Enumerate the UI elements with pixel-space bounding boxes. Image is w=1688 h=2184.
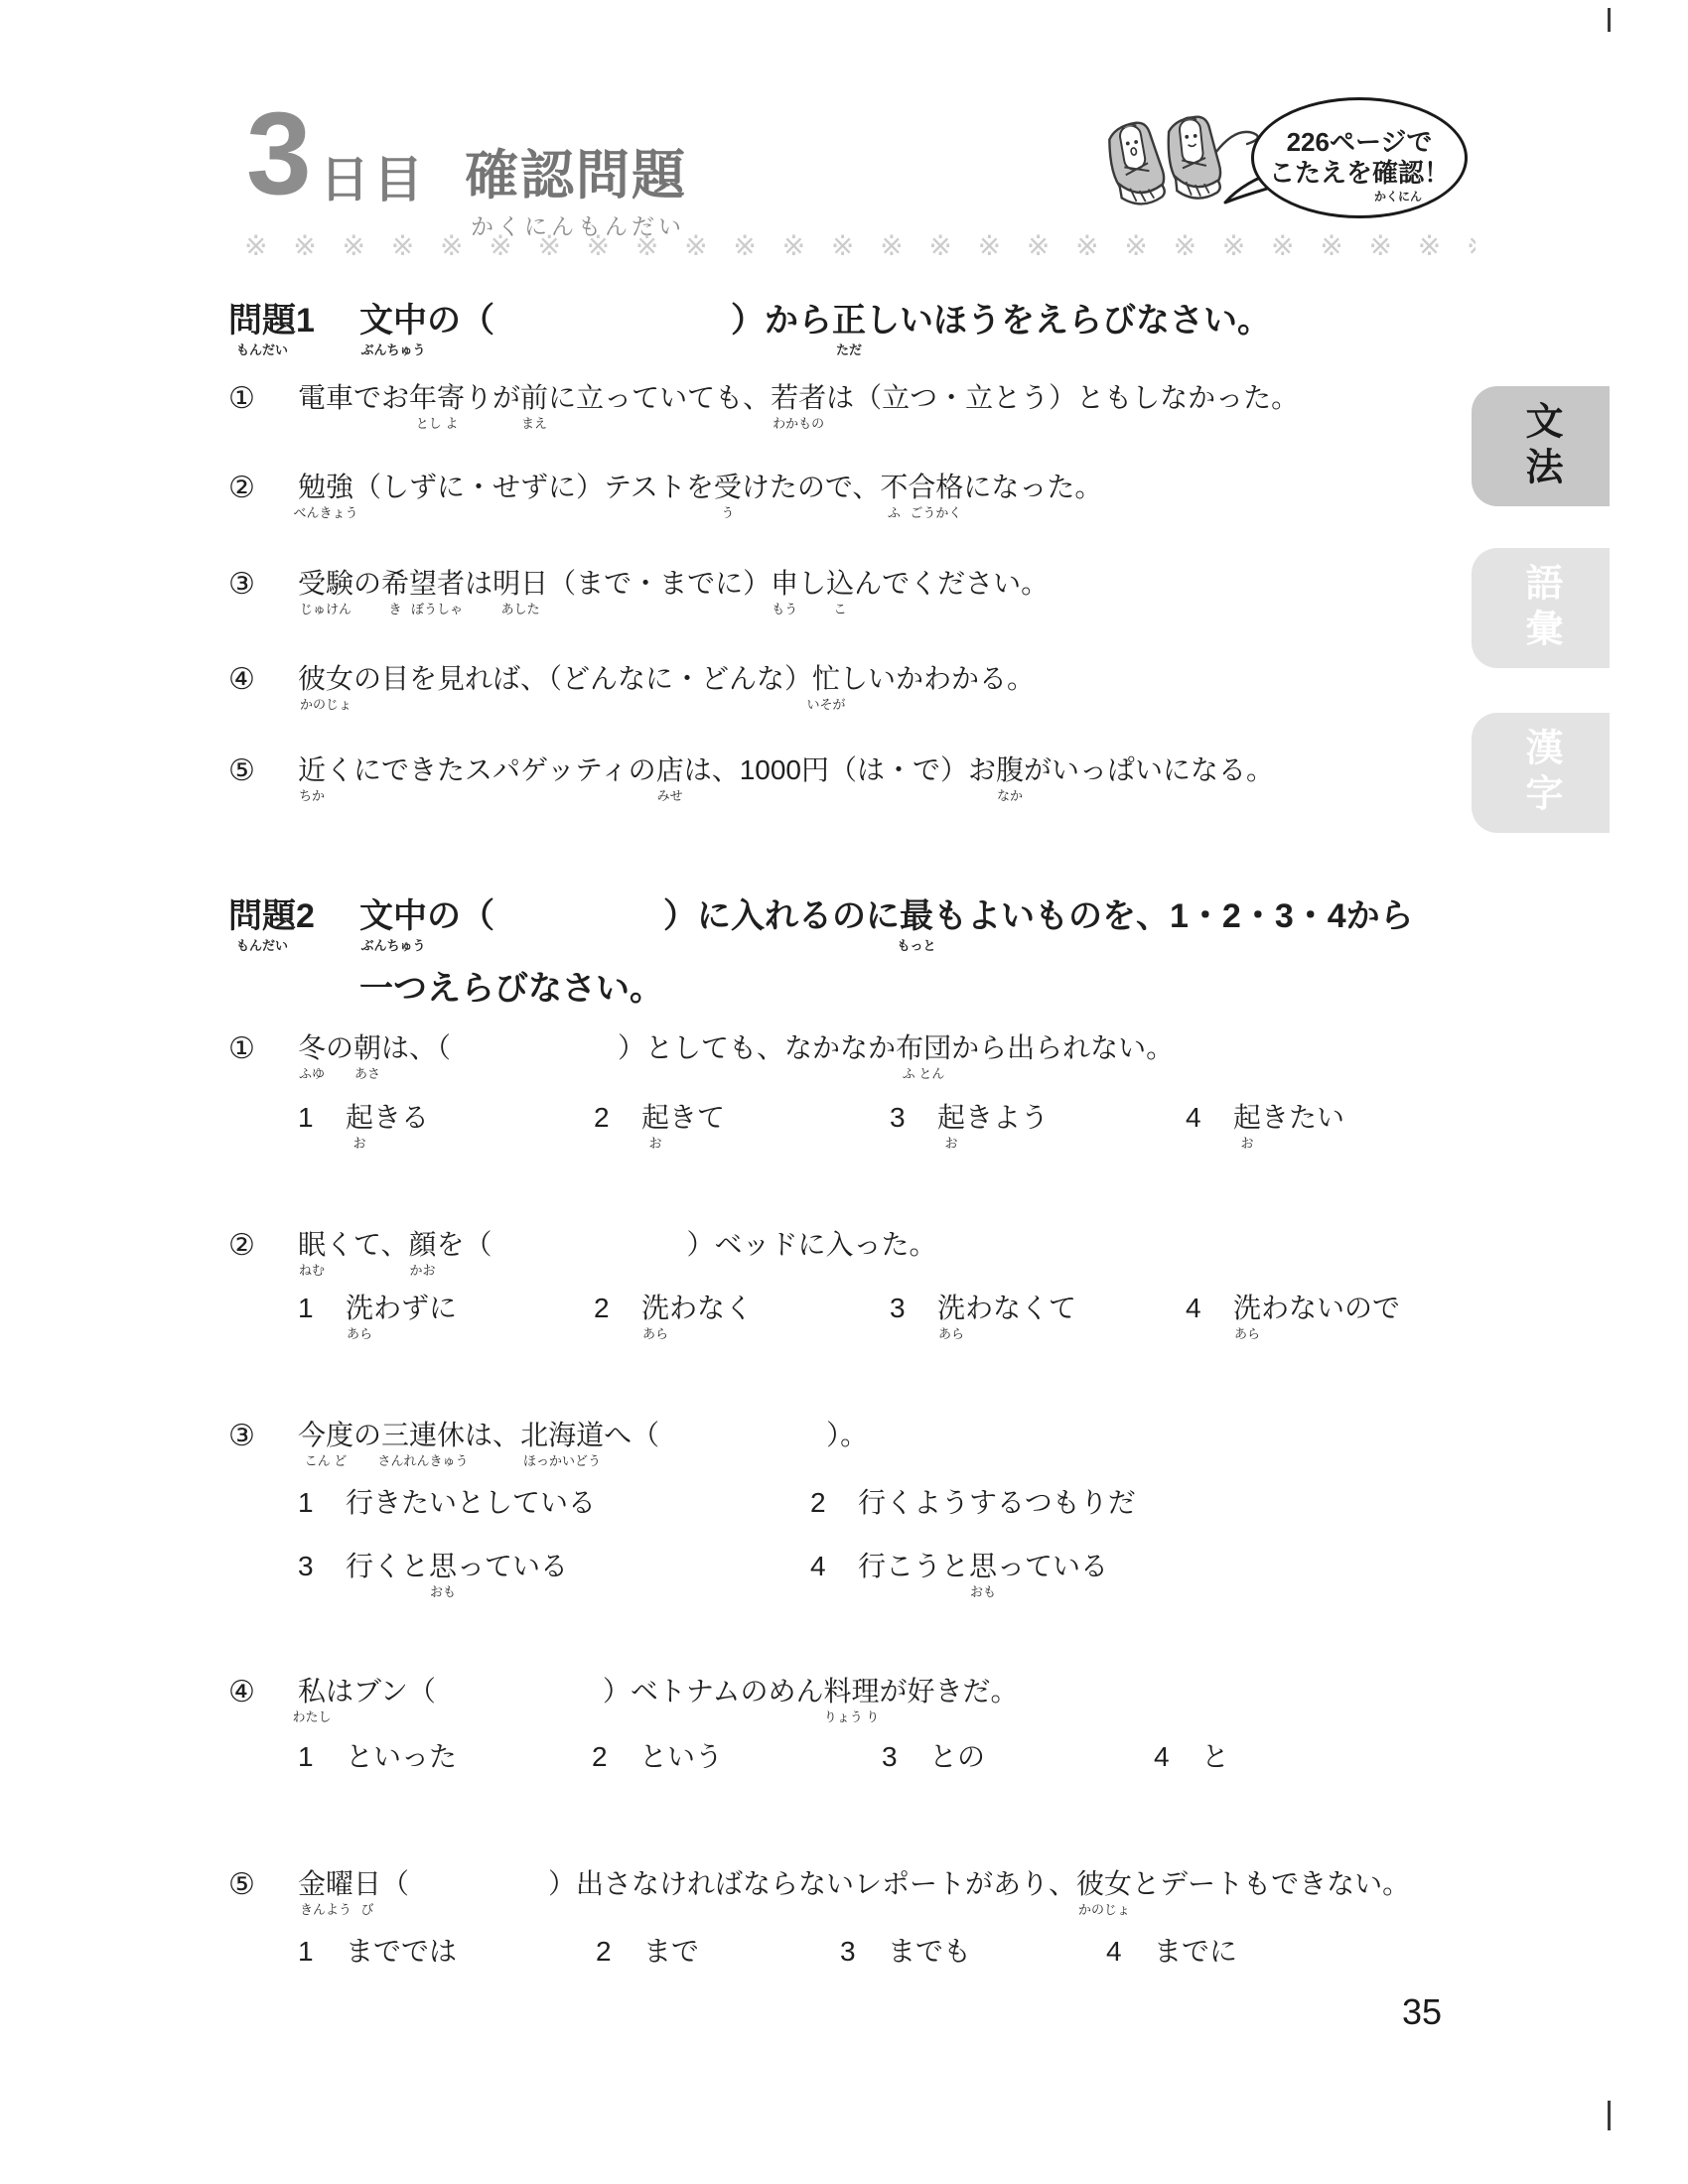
question-text: 眠ねむくて、顔かおを（ ）ベッドに入った。 xyxy=(298,1227,937,1265)
choice-number: 2 xyxy=(596,1934,643,1969)
choice-number: 4 xyxy=(1186,1100,1233,1135)
choices-row: 1洗あらわずに 2洗あらわなく 3洗あらわなくて 4洗あらわないので xyxy=(298,1291,1400,1325)
choice: 4洗あらわないので xyxy=(1186,1291,1400,1325)
choice: 3起おきよう xyxy=(890,1100,1186,1135)
choice-text: 行くようするつもりだ xyxy=(858,1487,1136,1518)
question-number: ② xyxy=(228,470,298,507)
choice-number: 4 xyxy=(1186,1291,1233,1325)
choice-number: 3 xyxy=(840,1934,888,1969)
question-text: 冬ふゆの朝あさは、（ ）としても、なかなか布団ふ とんから出られない。 xyxy=(298,1030,1174,1068)
problem1-heading: 問題もんだい1 文中ぶんちゅうの（ ）から正ただしいほうをえらびなさい。 xyxy=(228,301,1271,341)
choice-number: 2 xyxy=(594,1291,641,1325)
choice: 2洗あらわなく xyxy=(594,1291,890,1325)
question-number: ③ xyxy=(228,566,298,604)
choice-text: といった xyxy=(346,1741,457,1772)
choice-text: までも xyxy=(888,1936,971,1967)
question-text: 電車でお年寄とし よりが前まえに立っていても、若者わかものは（立つ・立とう）とも… xyxy=(298,380,1299,418)
choices-row: 3行くと思おもっている 4行こうと思おもっている xyxy=(298,1549,1108,1583)
choice-text: 起おきる xyxy=(346,1102,429,1133)
question-item: ⑤ 金曜きんよう日び（ ）出さなければならないレポートがあり、彼女かのじょとデー… xyxy=(228,1866,1410,1904)
question-number: ① xyxy=(228,380,298,418)
choice: 2まで xyxy=(596,1934,840,1969)
question-text: 近ちかくにできたスパゲッティの店みせは、1000円（は・で）お腹なかがいっぱいに… xyxy=(298,752,1274,790)
choice-number: 3 xyxy=(890,1291,937,1325)
problem2-label: 問題もんだい2 xyxy=(228,896,359,937)
choice: 1起おきる xyxy=(298,1100,594,1135)
problem1-heading-text: 文中ぶんちゅうの（ ）から正ただしいほうをえらびなさい。 xyxy=(359,301,1271,341)
sidebar-tab-kanji: 漢字 xyxy=(1472,713,1610,833)
choice-text: 起おきたい xyxy=(1233,1102,1344,1133)
choice-number: 2 xyxy=(810,1485,858,1520)
choices-row: 1まででは 2まで 3までも 4までに xyxy=(298,1934,1237,1969)
question-number: ③ xyxy=(228,1418,298,1455)
choice-text: 洗あらわなくて xyxy=(937,1293,1076,1323)
choice: 3との xyxy=(882,1739,1154,1774)
choice: 2行くようするつもりだ xyxy=(810,1485,1136,1520)
choice-text: まで xyxy=(643,1936,699,1967)
content-column: 問題もんだい1 文中ぶんちゅうの（ ）から正ただしいほうをえらびなさい。 ① 電… xyxy=(228,0,1420,2184)
choice: 2という xyxy=(592,1739,882,1774)
choice-text: 行きたいとしている xyxy=(346,1487,596,1518)
choice-number: 1 xyxy=(298,1934,346,1969)
choice-number: 3 xyxy=(298,1549,346,1583)
problem2-heading: 問題もんだい2 文中ぶんちゅうの（ ）に入れるのに最もっともよいものを、1・2・… xyxy=(228,896,1414,937)
choice-text: との xyxy=(929,1741,985,1772)
question-text: 私わたしはブン（ ）ベトナムのめん料理りょう りが好きだ。 xyxy=(298,1674,1019,1711)
choice: 2起おきて xyxy=(594,1100,890,1135)
question-item: ④ 私わたしはブン（ ）ベトナムのめん料理りょう りが好きだ。 xyxy=(228,1674,1019,1711)
choice-text: と xyxy=(1201,1741,1229,1772)
choice-text: 起おきよう xyxy=(937,1102,1049,1133)
choice: 4までに xyxy=(1106,1934,1237,1969)
question-number: ⑤ xyxy=(228,1866,298,1904)
question-text: 彼女かのじょの目を見れば、（どんなに・どんな）忙いそがしいかわかる。 xyxy=(298,661,1035,699)
question-text: 今度こん どの三連休さんれんきゅうは、北海道ほっかいどうへ（ ）。 xyxy=(298,1418,868,1455)
choice-number: 1 xyxy=(298,1739,346,1774)
question-text: 受験じゅけんの希き望者ぼうしゃは明日あした（まで・までに）申もうし込こんでくださ… xyxy=(298,566,1049,604)
question-number: ④ xyxy=(228,1674,298,1711)
choice: 4起おきたい xyxy=(1186,1100,1344,1135)
problem2-heading-text: 文中ぶんちゅうの（ ）に入れるのに最もっともよいものを、1・2・3・4から xyxy=(359,896,1414,937)
choice-text: 洗あらわずに xyxy=(346,1293,457,1323)
choice-text: 行くと思おもっている xyxy=(346,1551,568,1581)
question-item: ③ 受験じゅけんの希き望者ぼうしゃは明日あした（まで・までに）申もうし込こんでく… xyxy=(228,566,1049,604)
choice-text: まででは xyxy=(346,1936,457,1967)
choice: 3までも xyxy=(840,1934,1106,1969)
choice: 1洗あらわずに xyxy=(298,1291,594,1325)
choice-number: 3 xyxy=(882,1739,929,1774)
question-item: ② 眠ねむくて、顔かおを（ ）ベッドに入った。 xyxy=(228,1227,937,1265)
question-item: ④ 彼女かのじょの目を見れば、（どんなに・どんな）忙いそがしいかわかる。 xyxy=(228,661,1035,699)
choices-row: 1起おきる 2起おきて 3起おきよう 4起おきたい xyxy=(298,1100,1344,1135)
question-number: ① xyxy=(228,1030,298,1068)
print-mark-top xyxy=(1608,8,1611,32)
choice-text: という xyxy=(639,1741,723,1772)
choice: 1まででは xyxy=(298,1934,596,1969)
question-number: ⑤ xyxy=(228,752,298,790)
choice-number: 1 xyxy=(298,1100,346,1135)
choice-number: 4 xyxy=(1106,1934,1154,1969)
choice-text: 行こうと思おもっている xyxy=(858,1551,1108,1581)
choice: 4と xyxy=(1154,1739,1229,1774)
question-text: 勉強べんきょう（しずに・せずに）テストを受うけたので、不ふ合格ごうかくになった。 xyxy=(298,470,1102,507)
choice-number: 1 xyxy=(298,1485,346,1520)
print-mark-bottom xyxy=(1608,2101,1611,2130)
problem2-heading-line2: 一つえらびなさい。 xyxy=(359,961,663,1010)
choices-row: 1行きたいとしている 2行くようするつもりだ xyxy=(298,1485,1136,1520)
choice: 1行きたいとしている xyxy=(298,1485,810,1520)
sidebar-tab-grammar: 文法 xyxy=(1472,386,1610,506)
choice-number: 3 xyxy=(890,1100,937,1135)
question-item: ① 冬ふゆの朝あさは、（ ）としても、なかなか布団ふ とんから出られない。 xyxy=(228,1030,1174,1068)
choice-number: 4 xyxy=(810,1549,858,1583)
question-number: ② xyxy=(228,1227,298,1265)
question-number: ④ xyxy=(228,661,298,699)
choice: 3行くと思おもっている xyxy=(298,1549,810,1583)
textbook-page: 3 日目 確認問題 かくにんもんだい xyxy=(0,0,1688,2184)
choice-text: までに xyxy=(1154,1936,1237,1967)
question-item: ① 電車でお年寄とし よりが前まえに立っていても、若者わかものは（立つ・立とう）… xyxy=(228,380,1299,418)
choice: 4行こうと思おもっている xyxy=(810,1549,1108,1583)
problem1-label: 問題もんだい1 xyxy=(228,301,359,341)
choice: 3洗あらわなくて xyxy=(890,1291,1186,1325)
question-text: 金曜きんよう日び（ ）出さなければならないレポートがあり、彼女かのじょとデートも… xyxy=(298,1866,1410,1904)
page-number: 35 xyxy=(1402,1991,1442,2033)
choice-number: 1 xyxy=(298,1291,346,1325)
question-item: ⑤ 近ちかくにできたスパゲッティの店みせは、1000円（は・で）お腹なかがいっぱ… xyxy=(228,752,1274,790)
choice-number: 2 xyxy=(592,1739,639,1774)
choice-text: 洗あらわないので xyxy=(1233,1293,1400,1323)
sidebar-tab-vocabulary: 語彙 xyxy=(1472,548,1610,668)
choices-row: 1といった 2という 3との 4と xyxy=(298,1739,1229,1774)
choice-text: 洗あらわなく xyxy=(641,1293,753,1323)
choice-number: 4 xyxy=(1154,1739,1201,1774)
choice: 1といった xyxy=(298,1739,592,1774)
choice-text: 起おきて xyxy=(641,1102,725,1133)
question-item: ② 勉強べんきょう（しずに・せずに）テストを受うけたので、不ふ合格ごうかくになっ… xyxy=(228,470,1102,507)
choice-number: 2 xyxy=(594,1100,641,1135)
question-item: ③ 今度こん どの三連休さんれんきゅうは、北海道ほっかいどうへ（ ）。 xyxy=(228,1418,868,1455)
